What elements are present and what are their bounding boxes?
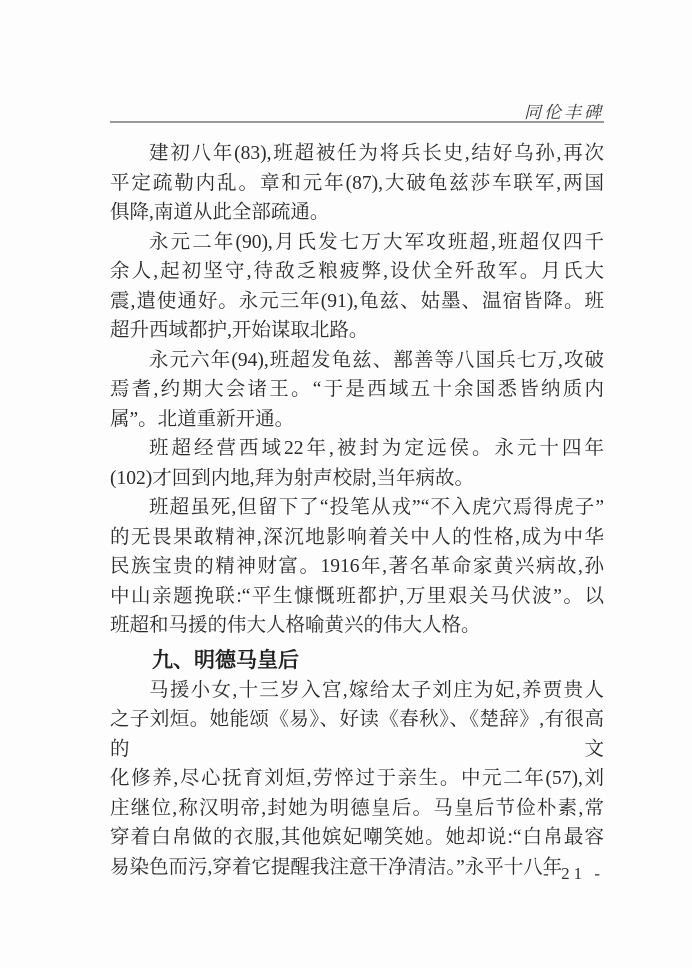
text-line: 班超和马援的伟大人格喻黄兴的伟大人格。 bbox=[110, 611, 604, 641]
text-line: 中山亲题挽联:“平生慷慨班都护,万里艰关马伏波”。以 bbox=[110, 582, 604, 612]
text-line: 属”。北道重新开通。 bbox=[110, 405, 604, 435]
text-line: 民族宝贵的精神财富。1916年,著名革命家黄兴病故,孙 bbox=[110, 552, 604, 582]
text-line: 余人,起初坚守,待敌乏粮疲弊,设伏全歼敌军。月氏大 bbox=[110, 257, 604, 287]
text-line: 建初八年(83),班超被任为将兵长史,结好乌孙,再次 bbox=[110, 139, 604, 169]
body-paragraph: 马援小女,十三岁入宫,嫁给太子刘庄为妃,养贾贵人之子刘烜。她能颂《易》、好读《春… bbox=[110, 676, 604, 883]
body-paragraph: 班超经营西域22年,被封为定远侯。永元十四年(102)才回到内地,拜为射声校尉,… bbox=[110, 434, 604, 493]
text-line: 的无畏果敢精神,深沉地影响着关中人的性格,成为中华 bbox=[110, 523, 604, 553]
text-line: 超升西域都护,开始谋取北路。 bbox=[110, 316, 604, 346]
text-line: 焉耆,约期大会诸王。“于是西域五十余国悉皆纳质内 bbox=[110, 375, 604, 405]
text-line: 震,遣使通好。永元三年(91),龟兹、姑墨、温宿皆降。班 bbox=[110, 287, 604, 317]
text-line: 庄继位,称汉明帝,封她为明德皇后。马皇后节俭朴素,常 bbox=[110, 794, 604, 824]
text-line: (102)才回到内地,拜为射声校尉,当年病故。 bbox=[110, 464, 604, 494]
text-line: 班超经营西域22年,被封为定远侯。永元十四年 bbox=[110, 434, 604, 464]
running-header: 同伦丰碑 bbox=[524, 98, 604, 123]
page-number: - 21 - bbox=[543, 864, 604, 884]
body-paragraph: 永元六年(94),班超发龟兹、鄯善等八国兵七万,攻破焉耆,约期大会诸王。“于是西… bbox=[110, 346, 604, 435]
section-heading: 九、明德马皇后 bbox=[110, 646, 604, 676]
body-paragraph: 建初八年(83),班超被任为将兵长史,结好乌孙,再次平定疏勒内乱。章和元年(87… bbox=[110, 139, 604, 228]
header-rule bbox=[110, 121, 604, 123]
text-line: 平定疏勒内乱。章和元年(87),大破龟兹莎车联军,两国 bbox=[110, 169, 604, 199]
text-line: 易染色而污,穿着它提醒我注意干净清洁。”永平十八年 bbox=[110, 853, 604, 883]
text-line: 永元二年(90),月氏发七万大军攻班超,班超仅四千 bbox=[110, 228, 604, 258]
text-line: 班超虽死,但留下了“投笔从戎”“不入虎穴焉得虎子” bbox=[110, 493, 604, 523]
body-paragraph: 班超虽死,但留下了“投笔从戎”“不入虎穴焉得虎子”的无畏果敢精神,深沉地影响着关… bbox=[110, 493, 604, 641]
text-line: 俱降,南道从此全部疏通。 bbox=[110, 198, 604, 228]
text-line: 马援小女,十三岁入宫,嫁给太子刘庄为妃,养贾贵人 bbox=[110, 676, 604, 706]
body-paragraph: 永元二年(90),月氏发七万大军攻班超,班超仅四千余人,起初坚守,待敌乏粮疲弊,… bbox=[110, 228, 604, 346]
text-line: 永元六年(94),班超发龟兹、鄯善等八国兵七万,攻破 bbox=[110, 346, 604, 376]
text-line: 穿着白帛做的衣服,其他嫔妃嘲笑她。她却说:“白帛最容 bbox=[110, 823, 604, 853]
text-line: 之子刘烜。她能颂《易》、好读《春秋》、《楚辞》,有很高的文 bbox=[110, 705, 604, 764]
text-body: 建初八年(83),班超被任为将兵长史,结好乌孙,再次平定疏勒内乱。章和元年(87… bbox=[110, 139, 604, 882]
book-page: 同伦丰碑 建初八年(83),班超被任为将兵长史,结好乌孙,再次平定疏勒内乱。章和… bbox=[0, 0, 692, 968]
text-line: 化修养,尽心抚育刘烜,劳悴过于亲生。中元二年(57),刘 bbox=[110, 764, 604, 794]
